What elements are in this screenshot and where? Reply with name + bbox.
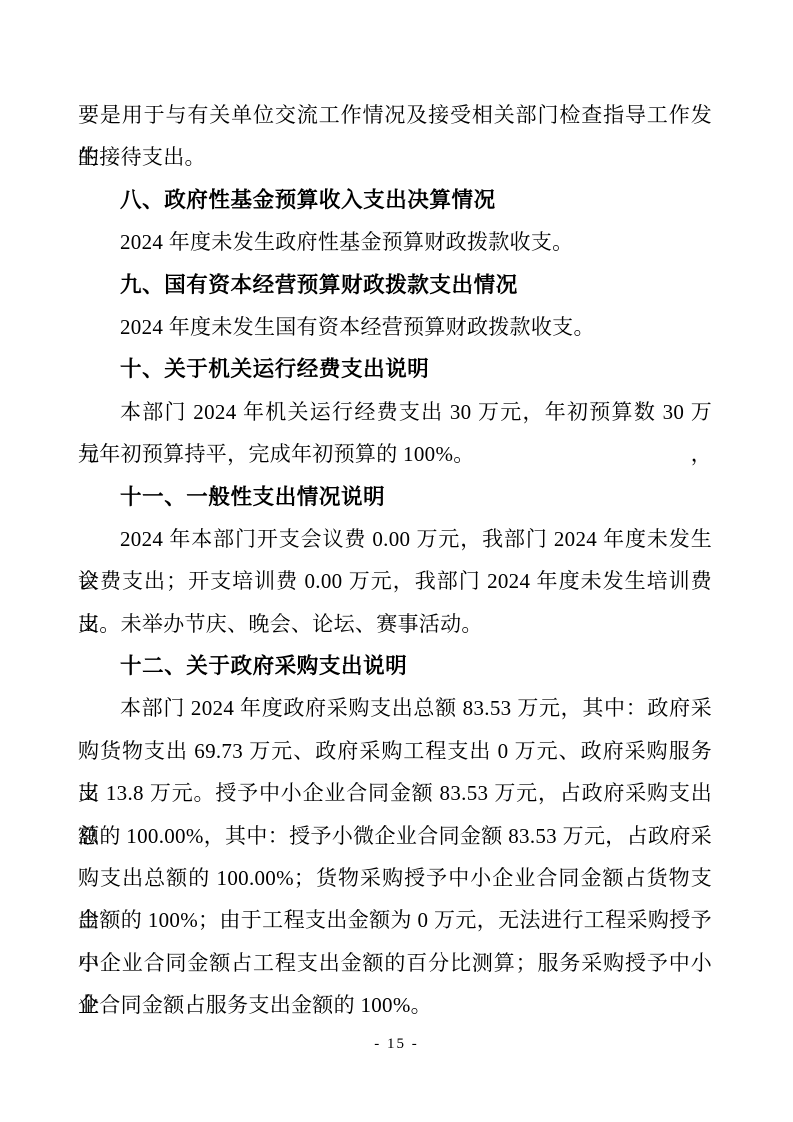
document-page: 要是用于与有关单位交流工作情况及接受相关部门检查指导工作发生 的接待支出。 八、… (0, 0, 793, 1122)
paragraph-line: 2024 年度未发生国有资本经营预算财政拨款收支。 (78, 306, 712, 348)
paragraph-line: 金额的 100%；由于工程支出金额为 0 万元，无法进行工程采购授予中 (78, 899, 712, 941)
paragraph-line: 小企业合同金额占工程支出金额的百分比测算；服务采购授予中小企 (78, 942, 712, 984)
paragraph-line: 要是用于与有关单位交流工作情况及接受相关部门检查指导工作发生 (78, 94, 712, 136)
paragraph-line: 本部门 2024 年度政府采购支出总额 83.53 万元，其中：政府采 (78, 687, 712, 729)
paragraph-line: 本部门 2024 年机关运行经费支出 30 万元，年初预算数 30 万元， (78, 391, 712, 433)
section-heading-11: 十一、一般性支出情况说明 (78, 476, 712, 518)
section-heading-9: 九、国有资本经营预算财政拨款支出情况 (78, 264, 712, 306)
section-heading-12: 十二、关于政府采购支出说明 (78, 645, 712, 687)
section-heading-10: 十、关于机关运行经费支出说明 (78, 348, 712, 390)
paragraph-line: 出。未举办节庆、晚会、论坛、赛事活动。 (78, 603, 712, 645)
paragraph-line: 出 13.8 万元。授予中小企业合同金额 83.53 万元，占政府采购支出总 (78, 772, 712, 814)
page-number: - 15 - (0, 1036, 793, 1053)
paragraph-line: 的接待支出。 (78, 136, 712, 178)
paragraph-line: 额的 100.00%，其中：授予小微企业合同金额 83.53 万元，占政府采 (78, 815, 712, 857)
paragraph-line: 2024 年本部门开支会议费 0.00 万元，我部门 2024 年度未发生会 (78, 518, 712, 560)
section-heading-8: 八、政府性基金预算收入支出决算情况 (78, 179, 712, 221)
paragraph-line: 业合同金额占服务支出金额的 100%。 (78, 984, 712, 1026)
paragraph-line: 2024 年度未发生政府性基金预算财政拨款收支。 (78, 221, 712, 263)
document-text-block: 要是用于与有关单位交流工作情况及接受相关部门检查指导工作发生 的接待支出。 八、… (78, 94, 712, 1027)
paragraph-line: 议费支出；开支培训费 0.00 万元，我部门 2024 年度未发生培训费支 (78, 560, 712, 602)
paragraph-line: 购货物支出 69.73 万元、政府采购工程支出 0 万元、政府采购服务支 (78, 730, 712, 772)
paragraph-line: 购支出总额的 100.00%；货物采购授予中小企业合同金额占货物支出 (78, 857, 712, 899)
